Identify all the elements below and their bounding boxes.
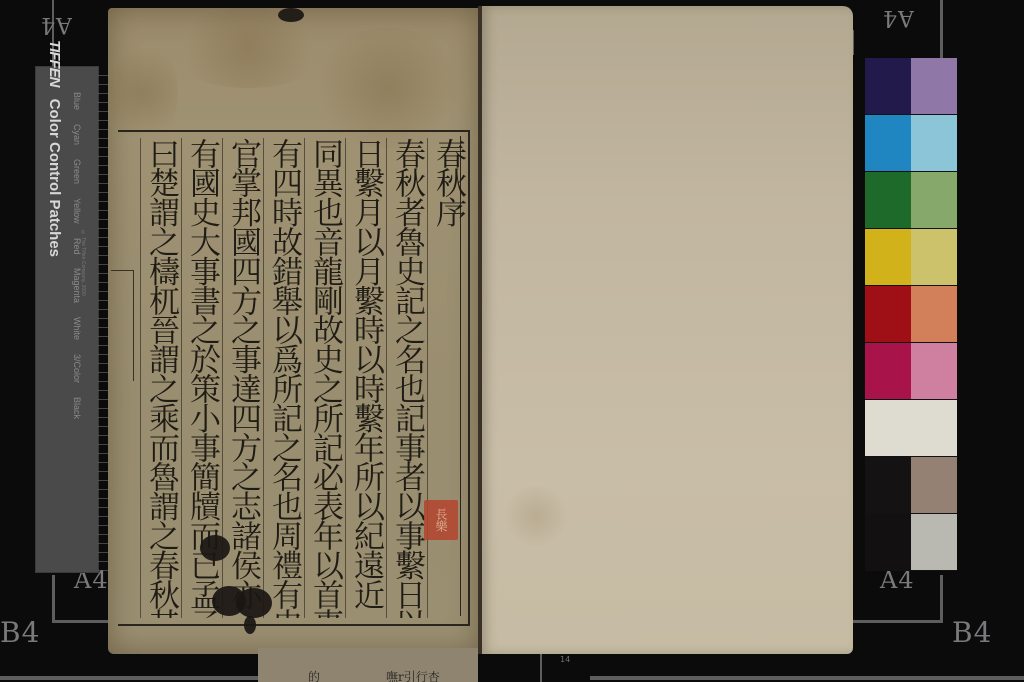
color-name: White (72, 317, 82, 340)
ink-stain-top (278, 8, 304, 22)
guide-line-left-a4-bottom (52, 620, 114, 623)
color-name: Yellow (72, 198, 82, 224)
color-name: Blue (72, 92, 82, 110)
color-name: Black (72, 397, 82, 419)
guide-line-right-a4-bottom (850, 620, 943, 623)
color-name: Green (72, 159, 82, 184)
size-label-b4-right: B4 (952, 616, 992, 649)
patch-red-dark (865, 286, 911, 343)
text-column: 有四時故錯舉以爲所記之名也周禮有史 (263, 138, 304, 618)
bottom-paper-tab: 的 嘸r引行杏 (258, 648, 478, 682)
tab-text: 嘸r引行杏 (386, 668, 440, 682)
ink-blot (244, 616, 256, 634)
color-name: 3/Color (72, 354, 82, 383)
patch-red-light (911, 286, 957, 343)
tiffen-logo: TIFFEN (46, 40, 63, 87)
patch-yellow-dark (865, 229, 911, 286)
patch-black-light (911, 514, 957, 571)
color-patch-chart (865, 58, 957, 571)
patch-3color-light (911, 457, 957, 514)
patch-row-cyan (865, 115, 957, 172)
size-label-b4-left: B4 (0, 616, 40, 649)
patch-row-yellow (865, 229, 957, 286)
text-column: 日繫月以月繫時以時繫年所以紀遠近 (345, 138, 386, 618)
right-page-blank (481, 6, 853, 654)
text-column: 春秋者魯史記之名也記事者以事繫日以 (386, 138, 427, 618)
patch-green-dark (865, 172, 911, 229)
water-stain (168, 8, 328, 88)
patch-yellow-light (911, 229, 957, 286)
guide-line-right-vertical (940, 0, 943, 60)
preface-title: 春秋序 (427, 138, 468, 618)
guide-line-right-a4 (940, 575, 943, 623)
patch-row-white (865, 400, 957, 457)
color-control-strip: Blue Cyan Green Yellow Red Magenta White… (35, 66, 99, 573)
tab-text: 的 (308, 668, 320, 682)
patch-magenta-light (911, 343, 957, 400)
patch-row-red (865, 286, 957, 343)
patch-row-black (865, 514, 957, 571)
guide-line-bottom-left (0, 676, 258, 680)
red-seal-stamp: 長樂 (424, 500, 458, 540)
size-label-a4-top-left: A4 (40, 12, 72, 37)
patch-blue-dark (865, 58, 911, 115)
tiffen-brand-label: TIFFEN Color Control Patches (46, 40, 63, 257)
patch-green-light (911, 172, 957, 229)
patch-row-green (865, 172, 957, 229)
patch-blue-light (911, 58, 957, 115)
ink-blot (236, 588, 272, 618)
book-spine (478, 6, 482, 654)
patch-row-3color (865, 457, 957, 514)
size-label-a4-top-right: A4 (882, 5, 914, 30)
color-strip-copyright: © The Tiffen Company, 2000 (80, 230, 86, 296)
bottom-ruler-number: 14 (560, 655, 570, 664)
faint-stain (501, 486, 571, 546)
patch-white (865, 400, 957, 457)
patch-row-magenta (865, 343, 957, 400)
ink-blot (200, 535, 230, 561)
guide-line-left-a4 (52, 575, 55, 623)
text-column: 同異也音龍剛故史之所記必表年以首事 (304, 138, 345, 618)
guide-line-bottom-right (590, 676, 1024, 680)
vertical-text-columns: 春秋序 春秋者魯史記之名也記事者以事繫日以 日繫月以月繫時以時繫年所以紀遠近 同… (128, 138, 468, 618)
color-name: Cyan (72, 124, 82, 145)
patch-cyan-dark (865, 115, 911, 172)
patch-3color-dark (865, 457, 911, 514)
color-strip-title: Color Control Patches (46, 99, 63, 257)
guide-line-bottom-ruler (540, 654, 542, 682)
patch-row-blue (865, 58, 957, 115)
patch-cyan-light (911, 115, 957, 172)
text-column: 曰楚謂之檮杌晉謂之乘而魯謂之春秋其 (140, 138, 181, 618)
patch-magenta-dark (865, 343, 911, 400)
patch-black-dark (865, 514, 911, 571)
